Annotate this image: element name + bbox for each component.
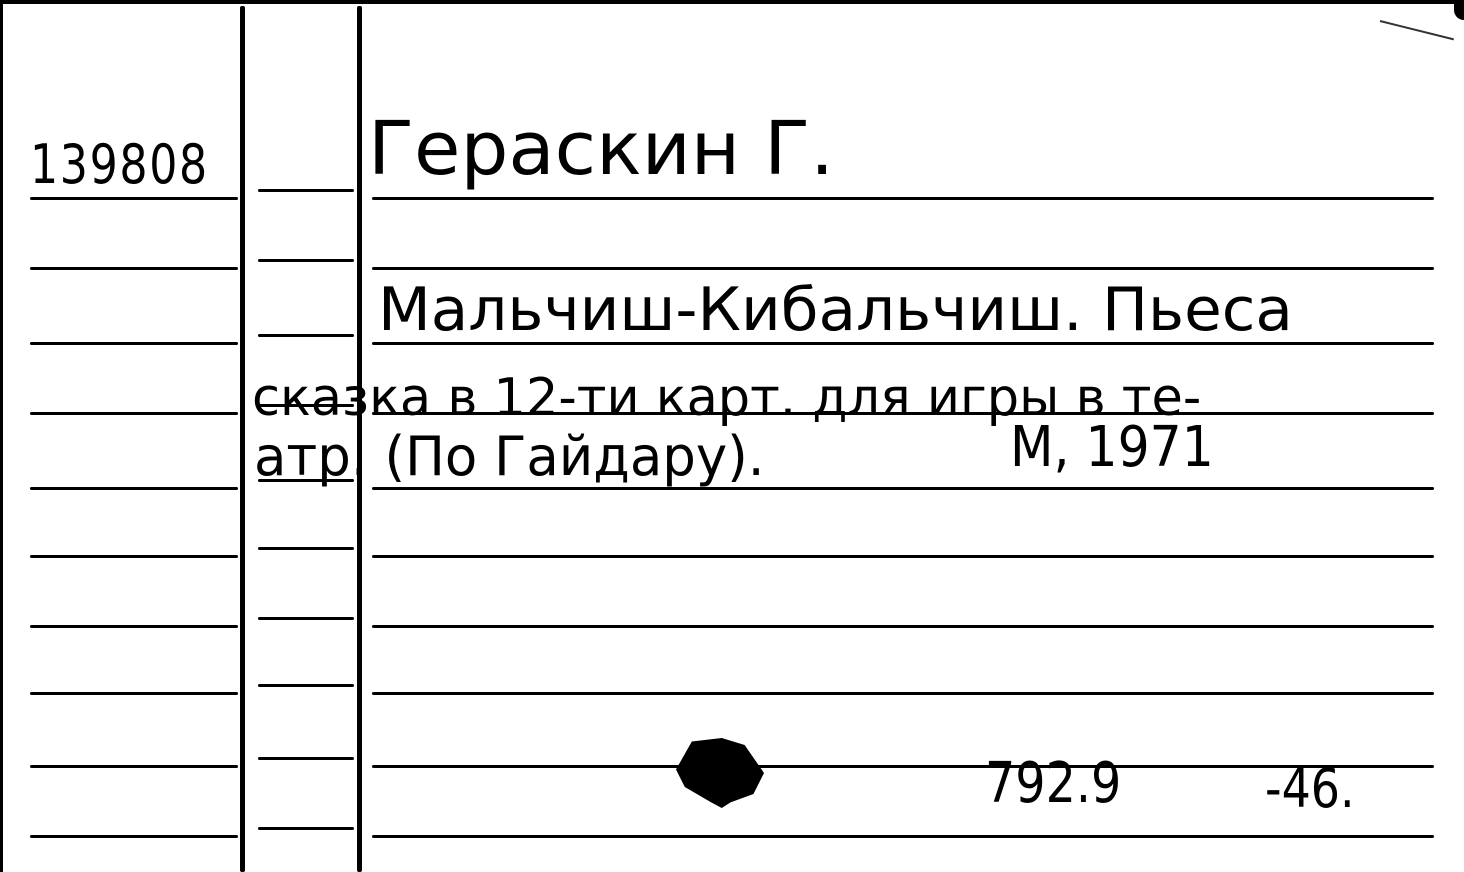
card-left-edge	[0, 0, 3, 872]
ruled-line	[30, 342, 238, 345]
ruled-line	[258, 259, 354, 262]
ruled-line	[258, 617, 354, 620]
card-corner	[1454, 0, 1464, 20]
ruled-line	[258, 684, 354, 687]
ruled-line	[372, 692, 1434, 695]
ruled-line	[30, 487, 238, 490]
ruled-line	[258, 547, 354, 550]
imprint: М, 1971	[1010, 420, 1214, 476]
ruled-line	[30, 197, 238, 200]
class-number: 792.9	[985, 756, 1121, 812]
ruled-line	[30, 765, 238, 768]
ruled-line	[372, 835, 1434, 838]
ruled-line	[30, 412, 238, 415]
ruled-line	[258, 827, 354, 830]
title-line-1: Мальчиш-Кибальчиш. Пьеса	[378, 280, 1293, 340]
author-mark: -46.	[1265, 762, 1355, 816]
title-line-3: атр. (По Гайдару).	[254, 430, 765, 484]
column-rule-left	[240, 6, 245, 872]
ruled-line	[372, 267, 1434, 270]
card-top-edge	[0, 0, 1464, 4]
ruled-line	[30, 835, 238, 838]
ruled-line	[372, 197, 1434, 200]
author-heading: Гераскин Г.	[368, 112, 834, 186]
ruled-line	[258, 334, 354, 337]
ruled-line	[258, 189, 354, 192]
scan-scratch-mark	[1380, 20, 1454, 40]
ruled-line	[30, 555, 238, 558]
ruled-line	[30, 267, 238, 270]
ruled-line	[372, 625, 1434, 628]
accession-number: 139808	[30, 138, 209, 192]
ruled-line	[30, 625, 238, 628]
ruled-line	[30, 692, 238, 695]
ruled-line	[258, 757, 354, 760]
catalog-card: 139808 Гераскин Г. Мальчиш-Кибальчиш. Пь…	[0, 0, 1464, 872]
ruled-line	[372, 555, 1434, 558]
